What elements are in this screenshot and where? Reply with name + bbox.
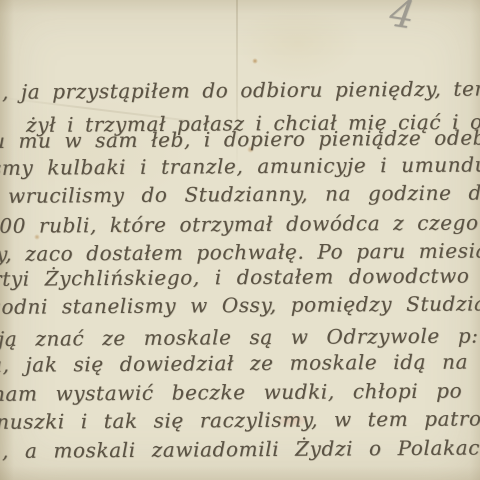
manuscript-line-13: rnuszki i tak się raczylismy, w tem patr… — [0, 406, 480, 434]
manuscript-line-7: y, zaco dostałem pochwałę. Po paru miesi… — [0, 238, 480, 266]
manuscript-page: 4 , ja przystąpiłem do odbioru pieniędzy… — [0, 0, 480, 480]
manuscript-line-3: u mu w sam łeb, i dopiero pieniądze odeb… — [0, 125, 480, 153]
manuscript-line-12: nam wystawić beczke wudki, chłopi po prz… — [0, 378, 480, 406]
foxing-spot — [252, 58, 258, 64]
manuscript-line-4: ismy kulbaki i tranzle, amunicyje i umun… — [0, 152, 480, 180]
manuscript-line-9: godni stanelismy w Ossy, pomiędzy Studzi… — [0, 291, 480, 319]
manuscript-line-1: , ja przystąpiłem do odbioru pieniędzy, … — [2, 76, 480, 104]
manuscript-line-6: 000 rubli, które otrzymał dowódca z czeg… — [0, 210, 480, 238]
manuscript-line-8: rtyi Żychlińskiego, i dostałem dowodctwo… — [0, 263, 480, 291]
manuscript-line-5: wrucilismy do Studzianny, na godzine dru… — [8, 180, 480, 208]
pencil-page-number: 4 — [387, 0, 418, 38]
manuscript-line-10: ją znać ze moskale są w Odrzywole p: Jac… — [0, 323, 480, 351]
manuscript-line-11: a, jak się dowiedział ze moskale idą na … — [0, 349, 480, 377]
manuscript-line-14: , a moskali zawiadomili Żydzi o Polakach… — [2, 435, 480, 463]
